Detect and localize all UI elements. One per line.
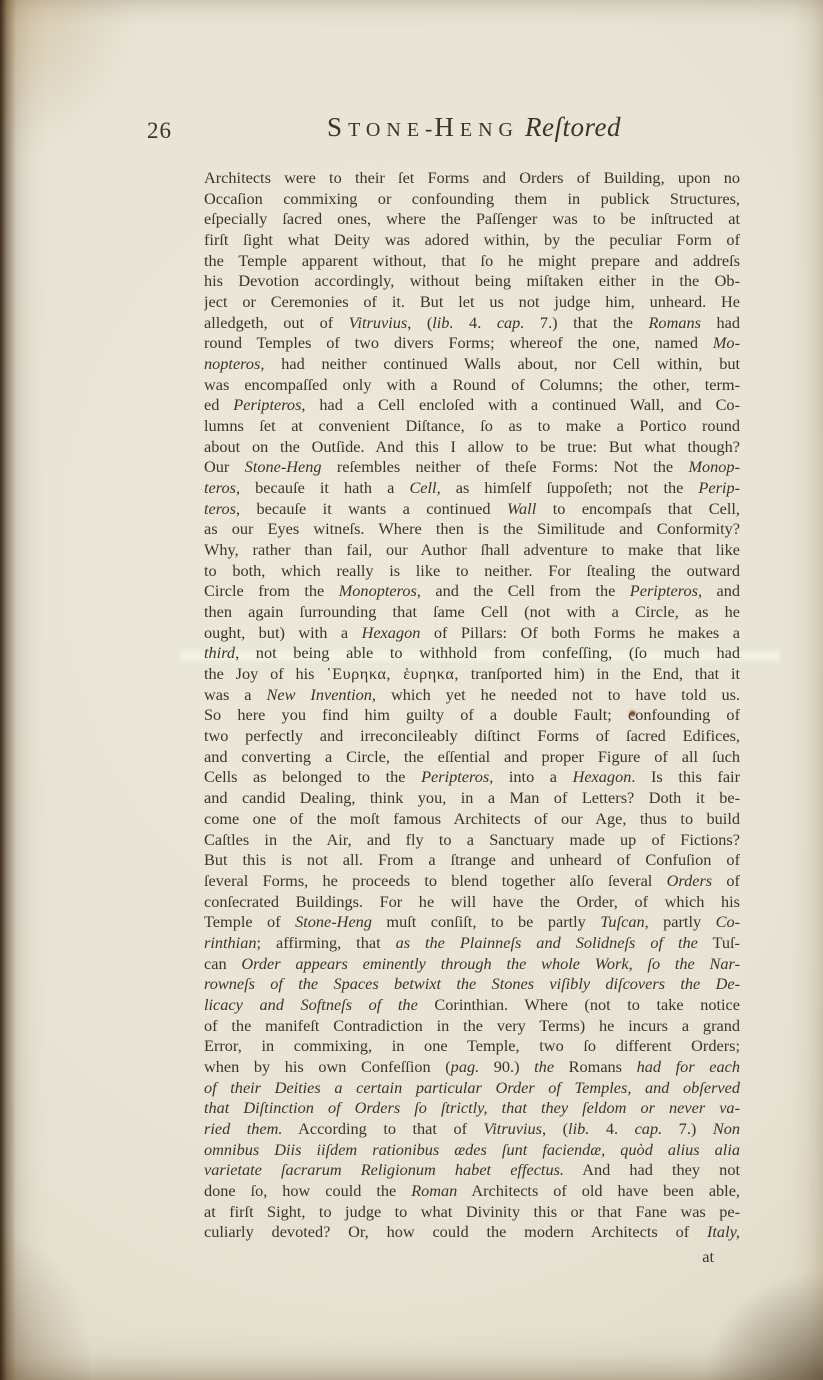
text-line: done ſo, how could the Roman Architects … <box>204 1181 740 1202</box>
text-line: Cells as belonged to the Peripteros, int… <box>204 767 740 788</box>
text-line: lumns ſet at convenient Diſtance, ſo as … <box>204 416 740 437</box>
text-line: licacy and Softneſs of the Corinthian. W… <box>204 995 740 1016</box>
text-line: his Devotion accordingly, without being … <box>204 271 740 292</box>
text-line: Our Stone-Heng reſembles neither of theſ… <box>204 457 740 478</box>
text-line: alledgeth, out of Vitruvius, (lib. 4. ca… <box>204 313 740 334</box>
text-line: ſeveral Forms, he proceeds to blend toge… <box>204 871 740 892</box>
text-line: eſpecially ſacred ones, where the Paſſen… <box>204 209 740 230</box>
body-text: Architects were to their ſet Forms and O… <box>204 168 740 1243</box>
text-line: Occaſion commixing or confounding them i… <box>204 189 740 210</box>
title-initial-s: S <box>327 112 348 142</box>
page-title: STONE-HENGReſtored <box>214 112 734 143</box>
text-line: Caſtles in the Air, and fly to a Sanctua… <box>204 830 740 851</box>
book-page: 26 STONE-HENGReſtored Architects were to… <box>0 0 823 1380</box>
text-line: can Order appears eminently through the … <box>204 954 740 975</box>
text-line: the Joy of his ῾Ευρηκα, ἑυρηκα, tranſpor… <box>204 664 740 685</box>
text-line: ject or Ceremonies of it. But let us not… <box>204 292 740 313</box>
text-line: that Diſtinction of Orders ſo ſtrictly, … <box>204 1098 740 1119</box>
running-head: 26 STONE-HENGReſtored <box>0 112 823 148</box>
text-line: about on the Outſide. And this I allow t… <box>204 437 740 458</box>
text-line: So here you find him guilty of a double … <box>204 705 740 726</box>
text-line: ried them. According to that of Vitruviu… <box>204 1119 740 1140</box>
text-line: of the manifeſt Contradiction in the ver… <box>204 1016 740 1037</box>
text-line: at firſt Sight, to judge to what Divinit… <box>204 1202 740 1223</box>
binding-edge <box>0 0 16 1380</box>
text-line: then again ſurrounding that ſame Cell (n… <box>204 602 740 623</box>
text-line: and converting a Circle, the eſſential a… <box>204 747 740 768</box>
text-line: come one of the moſt famous Architects o… <box>204 809 740 830</box>
text-line: teros, becauſe it wants a continued Wall… <box>204 499 740 520</box>
title-italic-restored: Reſtored <box>525 112 621 142</box>
text-line: was encompaſſed only with a Round of Col… <box>204 375 740 396</box>
catchword: at <box>204 1247 736 1267</box>
text-line: and candid Dealing, think you, in a Man … <box>204 788 740 809</box>
text-line: Temple of Stone-Heng muſt conſiſt, to be… <box>204 912 740 933</box>
text-line: the Temple apparent without, that ſo he … <box>204 251 740 272</box>
text-line: conſecrated Buildings. For he will have … <box>204 892 740 913</box>
page-number: 26 <box>147 118 172 144</box>
title-smallcaps-eng: ENG <box>460 119 519 141</box>
title-smallcaps-tone: TONE <box>348 119 425 141</box>
text-line: as our Eyes witneſs. Where then is the S… <box>204 519 740 540</box>
paper-shadow-bottom-left <box>0 1240 90 1380</box>
text-line: Architects were to their ſet Forms and O… <box>204 168 740 189</box>
text-line: But this is not all. From a ſtrange and … <box>204 850 740 871</box>
text-line: Error, in commixing, in one Temple, two … <box>204 1036 740 1057</box>
title-initial-h: H <box>434 112 460 142</box>
text-line: rowneſs of the Spaces betwixt the Stones… <box>204 974 740 995</box>
text-line: to both, which really is like to neither… <box>204 561 740 582</box>
text-line: ought, but) with a Hexagon of Pillars: O… <box>204 623 740 644</box>
text-line: omnibus Diis iiſdem rationibus ædes ſunt… <box>204 1140 740 1161</box>
text-line: two perfectly and irreconcileably diſtin… <box>204 726 740 747</box>
text-line: firſt ſight what Deity was adored within… <box>204 230 740 251</box>
text-line: teros, becauſe it hath a Cell, as himſel… <box>204 478 740 499</box>
text-line: nopteros, had neither continued Walls ab… <box>204 354 740 375</box>
text-line: Why, rather than fail, our Author ſhall … <box>204 540 740 561</box>
text-line: rinthian; affirming, that as the Plainne… <box>204 933 740 954</box>
text-line: round Temples of two divers Forms; where… <box>204 333 740 354</box>
text-line: when by his own Confeſſion (pag. 90.) th… <box>204 1057 740 1078</box>
text-line: was a New Invention, which yet he needed… <box>204 685 740 706</box>
text-line: ed Peripteros, had a Cell encloſed with … <box>204 395 740 416</box>
title-hyphen: - <box>425 116 434 141</box>
paper-shadow-bottom-right <box>703 1270 823 1380</box>
text-line: of their Deities a certain particular Or… <box>204 1078 740 1099</box>
text-line: varietate ſacrarum Religionum habet effe… <box>204 1160 740 1181</box>
text-line: third, not being able to withhold from c… <box>204 643 740 664</box>
text-line: culiarly devoted? Or, how could the mode… <box>204 1222 740 1243</box>
text-line: Circle from the Monopteros, and the Cell… <box>204 581 740 602</box>
